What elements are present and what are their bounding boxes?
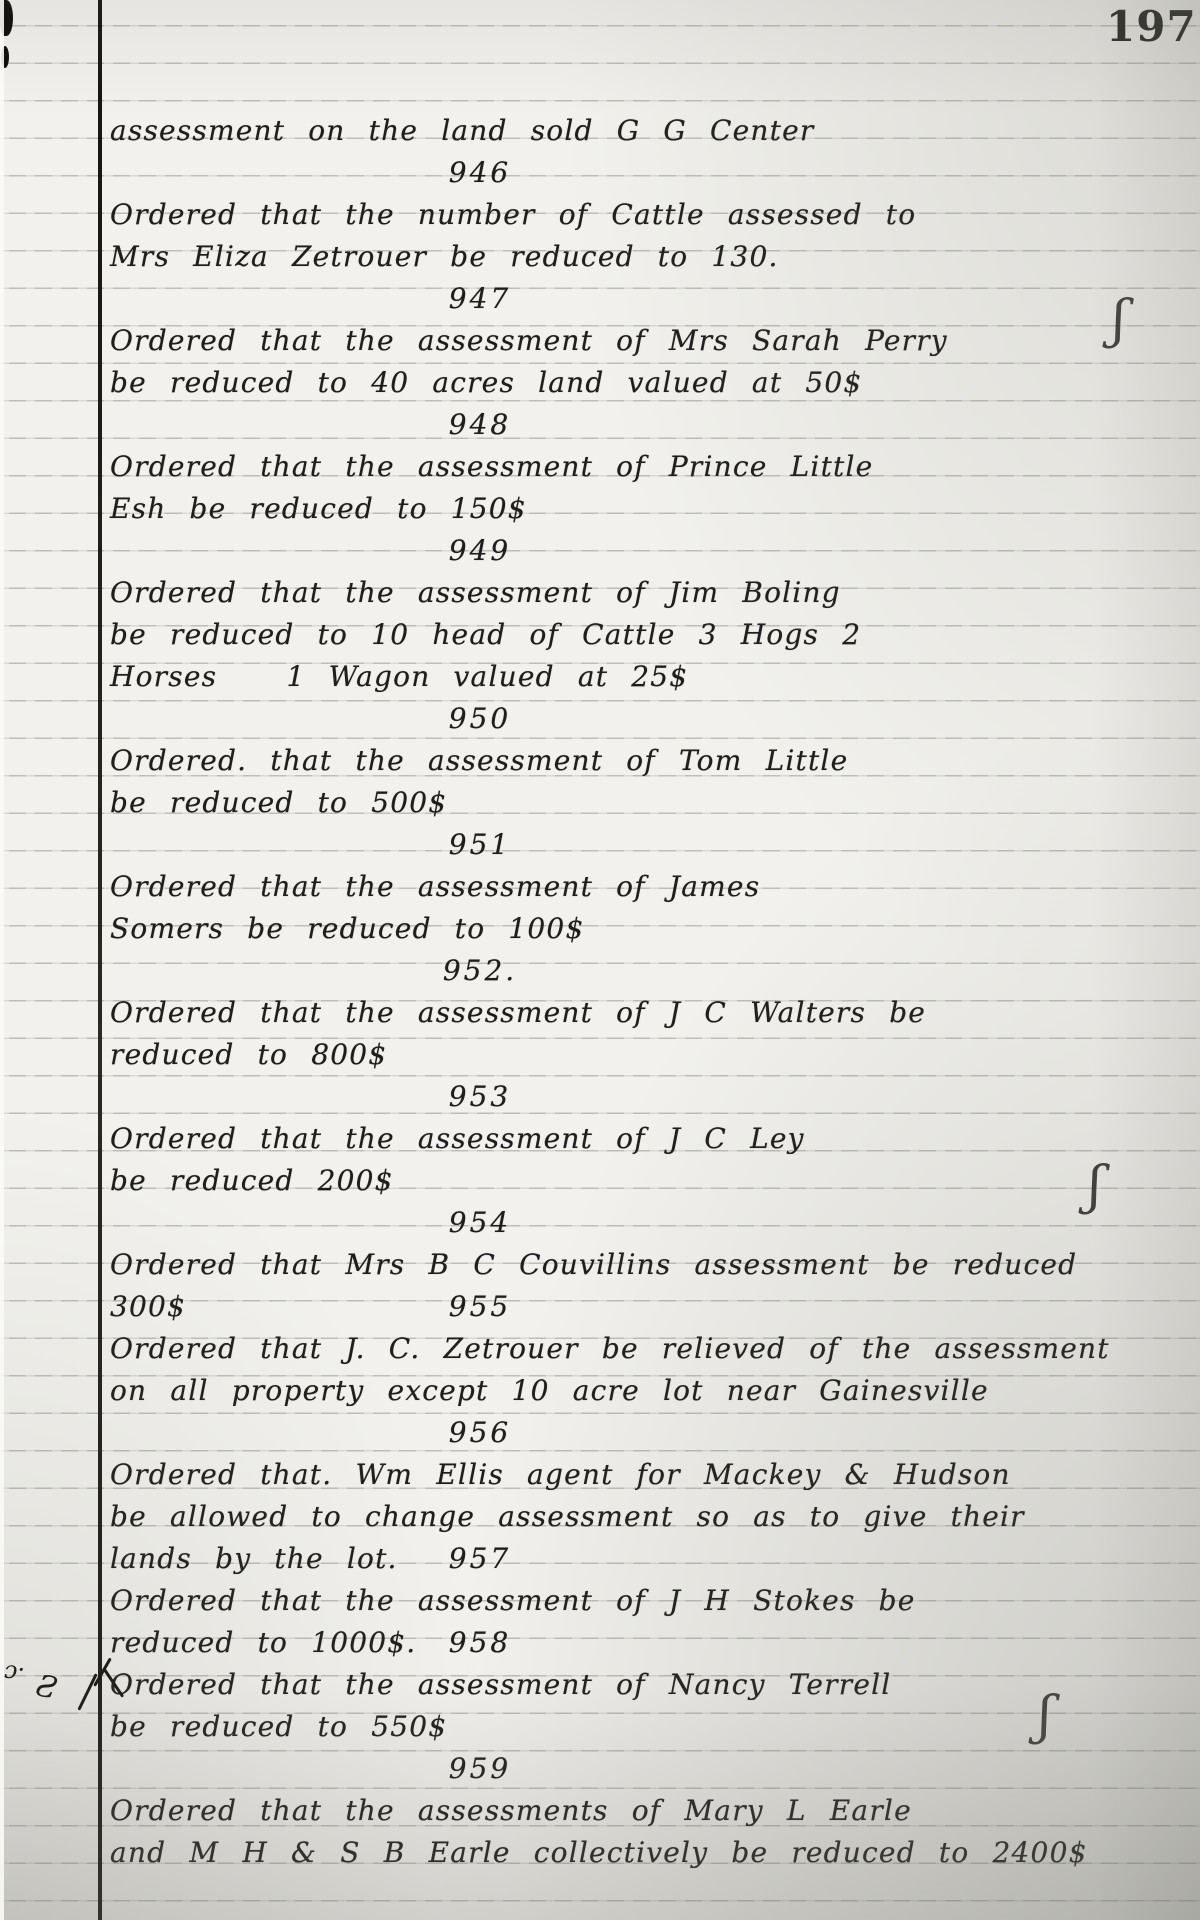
entry-line-text: be reduced to 500$ — [110, 786, 447, 819]
ledger-page: 197 assessment on the land sold G G Cent… — [0, 0, 1200, 1920]
entry-number: 946 — [0, 152, 960, 194]
entry-line: be reduced to 500$ — [0, 782, 1200, 824]
entry-line-text: Ordered that the number of Cattle assess… — [110, 198, 916, 231]
entries: assessment on the land sold G G Center94… — [0, 110, 1200, 1874]
entry-line-text: Ordered that the assessment of J C Walte… — [110, 996, 926, 1029]
entry-line: Ordered that the assessment of J H Stoke… — [0, 1580, 1200, 1622]
entry-number: 949 — [0, 530, 960, 572]
entry-line: be reduced 200$ — [0, 1160, 1200, 1202]
scan-edge-mark — [0, 0, 13, 36]
entry-number-inline: 957 — [449, 1538, 511, 1580]
page-number: 197 — [1106, 2, 1197, 51]
scan-edge-mark — [1, 46, 9, 68]
entry-line-text: be reduced to 40 acres land valued at 50… — [110, 366, 862, 399]
entry-line-text: Ordered that the assessment of Nancy Ter… — [110, 1668, 891, 1701]
entry-line-text: Esh be reduced to 150$ — [110, 492, 527, 525]
entry-line: Ordered that the assessment of James — [0, 866, 1200, 908]
pen-flourish-icon: ʃ — [1112, 290, 1126, 350]
entry-line: be allowed to change assessment so as to… — [0, 1496, 1200, 1538]
entry-line: Ordered that the assessment of Prince Li… — [0, 446, 1200, 488]
entry-line: Ordered that the number of Cattle assess… — [0, 194, 1200, 236]
entry-line: Ordered that Mrs B C Couvillins assessme… — [0, 1244, 1200, 1286]
margin-scribble: ɔ· — [4, 1656, 25, 1684]
entry-line: Horses 1 Wagon valued at 25$ — [0, 656, 1200, 698]
entry-line-text: Horses 1 Wagon valued at 25$ — [110, 660, 688, 693]
entry-line: Ordered that the assessments of Mary L E… — [0, 1790, 1200, 1832]
entry-line-text: 300$ — [110, 1290, 186, 1323]
entry-line-text: Ordered that the assessment of Prince Li… — [110, 450, 873, 483]
entry-line-text: Ordered that the assessment of J C Ley — [110, 1122, 805, 1155]
entry-line: and M H & S B Earle collectively be redu… — [0, 1832, 1200, 1874]
entry-number: 954 — [0, 1202, 960, 1244]
entry-line: Ordered that the assessment of J C Walte… — [0, 992, 1200, 1034]
entry-line-text: and M H & S B Earle collectively be redu… — [110, 1836, 1088, 1869]
entry-line-text: Ordered that the assessment of Jim Bolin… — [110, 576, 841, 609]
entry-number-inline: 958 — [449, 1622, 511, 1664]
entry-line-text: Ordered that Mrs B C Couvillins assessme… — [110, 1248, 1077, 1281]
pen-flourish-icon: ʃ — [1088, 1156, 1102, 1216]
entry-line-text: Mrs Eliza Zetrouer be reduced to 130. — [110, 240, 779, 273]
entry-line: Ordered that J. C. Zetrouer be relieved … — [0, 1328, 1200, 1370]
entry-number: 947 — [0, 278, 960, 320]
entry-line: Ordered that the assessment of J C Ley — [0, 1118, 1200, 1160]
entry-line: Esh be reduced to 150$ — [0, 488, 1200, 530]
entry-line-text: Ordered that. Wm Ellis agent for Mackey … — [110, 1458, 1011, 1491]
entry-line-text: be reduced to 10 head of Cattle 3 Hogs 2 — [110, 618, 861, 651]
entry-line-text: Ordered that J. C. Zetrouer be relieved … — [110, 1332, 1110, 1365]
entry-number: 952. — [0, 950, 960, 992]
entry-line: Ordered that the assessment of Mrs Sarah… — [0, 320, 1200, 362]
entry-line: reduced to 800$ — [0, 1034, 1200, 1076]
entry-line: Ordered that the assessment of Jim Bolin… — [0, 572, 1200, 614]
entry-line: lands by the lot.957 — [0, 1538, 1200, 1580]
entry-line-text: be reduced to 550$ — [110, 1710, 447, 1743]
entry-line: reduced to 1000$.958 — [0, 1622, 1200, 1664]
entry-line-text: Ordered that the assessments of Mary L E… — [110, 1794, 912, 1827]
entry-number: 953 — [0, 1076, 960, 1118]
entry-line-text: Ordered. that the assessment of Tom Litt… — [110, 744, 848, 777]
entry-line-text: reduced to 800$ — [110, 1038, 387, 1071]
entry-line: be reduced to 40 acres land valued at 50… — [0, 362, 1200, 404]
entry-number: 959 — [0, 1748, 960, 1790]
entry-line-text: be allowed to change assessment so as to… — [110, 1500, 1025, 1533]
entry-line: Mrs Eliza Zetrouer be reduced to 130. — [0, 236, 1200, 278]
entry-number: 950 — [0, 698, 960, 740]
entry-line: on all property except 10 acre lot near … — [0, 1370, 1200, 1412]
entry-line-text: Ordered that the assessment of Mrs Sarah… — [110, 324, 948, 357]
entry-line-text: Somers be reduced to 100$ — [110, 912, 584, 945]
entry-line: Ordered that. Wm Ellis agent for Mackey … — [0, 1454, 1200, 1496]
entry-line: 300$955 — [0, 1286, 1200, 1328]
entry-line-text: reduced to 1000$. — [110, 1626, 416, 1659]
entry-line-text: on all property except 10 acre lot near … — [110, 1374, 989, 1407]
entry-number: 956 — [0, 1412, 960, 1454]
entry-line: be reduced to 550$ — [0, 1706, 1200, 1748]
entry-line-text: Ordered that the assessment of James — [110, 870, 760, 903]
entry-line: Ordered. that the assessment of Tom Litt… — [0, 740, 1200, 782]
entry-line-text: lands by the lot. — [110, 1542, 398, 1575]
entry-number-inline: 955 — [449, 1286, 511, 1328]
entry-line: assessment on the land sold G G Center — [0, 110, 1200, 152]
entry-line: Ordered that the assessment of Nancy Ter… — [0, 1664, 1200, 1706]
entry-line: be reduced to 10 head of Cattle 3 Hogs 2 — [0, 614, 1200, 656]
entry-number: 948 — [0, 404, 960, 446]
entry-line-text: Ordered that the assessment of J H Stoke… — [110, 1584, 916, 1617]
entry-line-text: be reduced 200$ — [110, 1164, 394, 1197]
entry-line: Somers be reduced to 100$ — [0, 908, 1200, 950]
entry-number: 951 — [0, 824, 960, 866]
pen-flourish-icon: ʃ — [1038, 1686, 1052, 1746]
entry-line-text: assessment on the land sold G G Center — [110, 114, 814, 147]
